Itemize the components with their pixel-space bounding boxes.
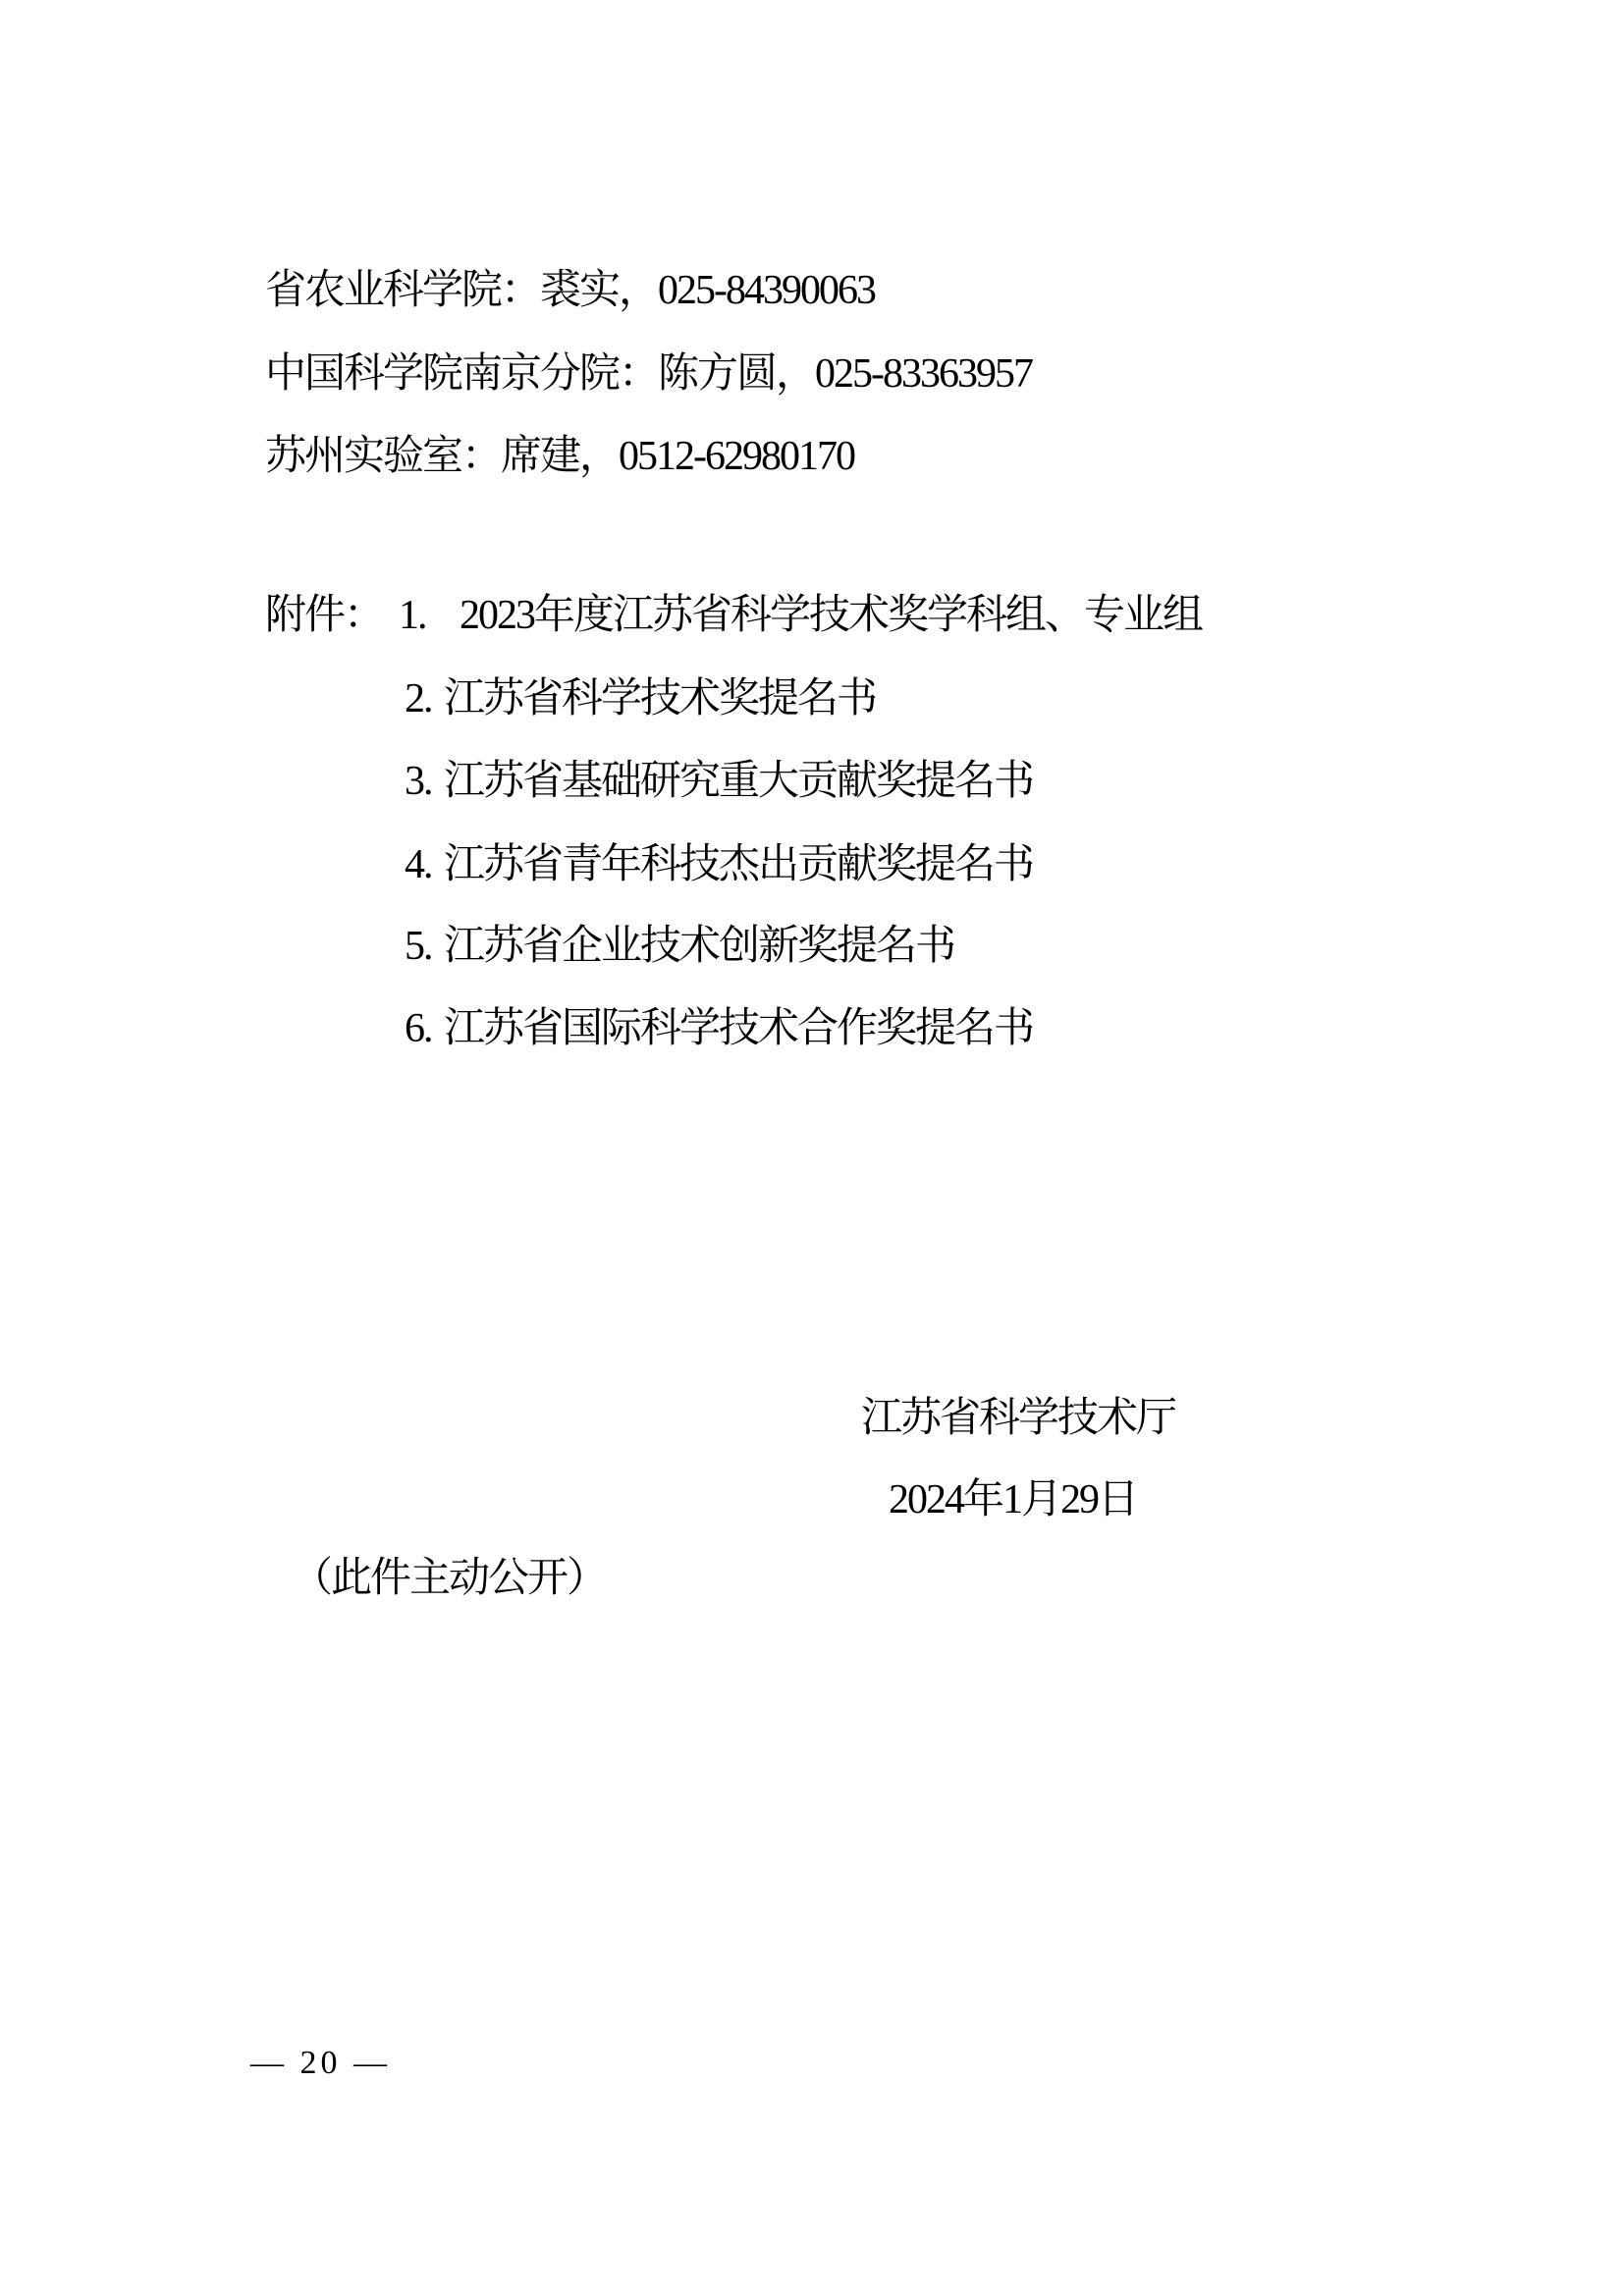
attachment-number: 3. (405, 758, 444, 805)
page-number: — 20 — (250, 2044, 391, 2082)
contact-line-cas-nanjing-branch: 中国科学院南京分院：陈方圆，025-83363957 (265, 350, 1032, 398)
attachment-item-2: 2.江苏省科学技术奖提名书 (405, 675, 876, 722)
attachment-number: 2. (405, 675, 444, 722)
attachment-title: 江苏省企业技术创新奖提名书 (444, 924, 954, 969)
attachment-title: 江苏省青年科技杰出贡献奖提名书 (444, 842, 1033, 887)
attachment-item-5: 5.江苏省企业技术创新奖提名书 (405, 923, 954, 970)
attachment-title: 江苏省国际科学技术合作奖提名书 (444, 1006, 1033, 1051)
attachment-item-4: 4.江苏省青年科技杰出贡献奖提名书 (405, 841, 1033, 888)
issue-date: 2024年1月29日 (889, 1476, 1137, 1523)
contact-line-suzhou-lab: 苏州实验室：席建，0512-62980170 (265, 433, 854, 480)
contact-line-agriculture-academy: 省农业科学院：裘实，025-84390063 (265, 267, 875, 314)
publicity-note: （此件主动公开） (292, 1555, 606, 1602)
attachment-item-6: 6.江苏省国际科学技术合作奖提名书 (405, 1005, 1033, 1052)
attachment-title: 江苏省科学技术奖提名书 (444, 676, 876, 721)
attachment-title: 江苏省基础研究重大贡献奖提名书 (444, 759, 1033, 804)
attachment-item-1: 附件：1.2023年度江苏省科学技术奖学科组、专业组 (265, 592, 1202, 639)
attachment-number: 1. (399, 592, 460, 639)
attachment-number: 6. (405, 1005, 444, 1052)
attachment-number: 5. (405, 923, 444, 970)
attachments-label: 附件： (265, 592, 383, 639)
document-page: 省农业科学院：裘实，025-84390063 中国科学院南京分院：陈方圆，025… (0, 0, 1624, 2296)
issuing-organization: 江苏省科学技术厅 (861, 1395, 1175, 1442)
attachment-number: 4. (405, 841, 444, 888)
attachment-title: 2023年度江苏省科学技术奖学科组、专业组 (460, 593, 1202, 638)
attachment-item-3: 3.江苏省基础研究重大贡献奖提名书 (405, 758, 1033, 805)
